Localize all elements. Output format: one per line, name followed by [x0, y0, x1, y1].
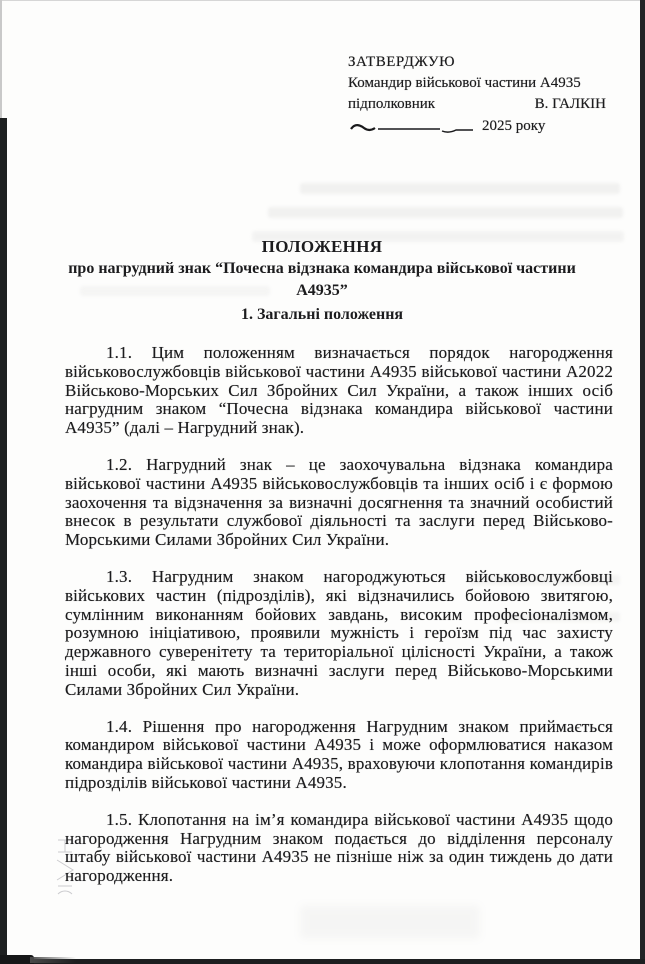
paragraph-1-1: 1.1. Цим положенням визначається порядок… — [65, 344, 613, 438]
scan-strip-bottom — [0, 959, 645, 964]
approval-block: ЗАТВЕРДЖУЮ Командир військової частини А… — [348, 52, 606, 137]
scan-strip-right — [640, 0, 645, 964]
scan-corner-blob — [0, 955, 34, 964]
bleedthrough-artifact — [300, 905, 480, 939]
scanned-document-page: ЗАТВЕРДЖУЮ Командир військової частини А… — [0, 0, 645, 964]
document-title-block: ПОЛОЖЕННЯ про нагрудний знак “Почесна ві… — [48, 236, 596, 302]
section-1-heading: 1. Загальні положення — [48, 306, 596, 324]
document-subtitle-line2: А4935” — [48, 280, 596, 302]
scan-edge-left-gray — [0, 0, 2, 120]
paragraph-1-3: 1.3. Нагрудним знаком нагороджуються вій… — [65, 568, 613, 700]
paragraph-1-5: 1.5. Клопотання на ім’я командира військ… — [65, 811, 613, 886]
document-body: 1.1. Цим положенням визначається порядок… — [65, 344, 613, 904]
scan-edge-top — [0, 0, 645, 1]
bleedthrough-artifact — [300, 183, 620, 194]
approval-commander-line: Командир військової частини А4935 — [348, 73, 606, 94]
paragraph-1-4: 1.4. Рішення про нагородження Нагрудним … — [65, 718, 613, 793]
approval-year: 2025 року — [482, 116, 545, 137]
approval-name: В. ГАЛКІН — [535, 94, 606, 115]
bleedthrough-artifact — [268, 207, 623, 218]
document-subtitle-line1: про нагрудний знак “Почесна відзнака ком… — [48, 258, 596, 280]
signature-line — [348, 120, 476, 134]
approval-word: ЗАТВЕРДЖУЮ — [348, 52, 606, 73]
scan-strip-left — [0, 118, 7, 964]
document-title: ПОЛОЖЕННЯ — [48, 236, 596, 258]
approval-rank: підполковник — [348, 94, 435, 115]
paragraph-1-2: 1.2. Нагрудний знак – це заохочувальна в… — [65, 456, 613, 550]
scan-corner-fade — [30, 957, 76, 963]
